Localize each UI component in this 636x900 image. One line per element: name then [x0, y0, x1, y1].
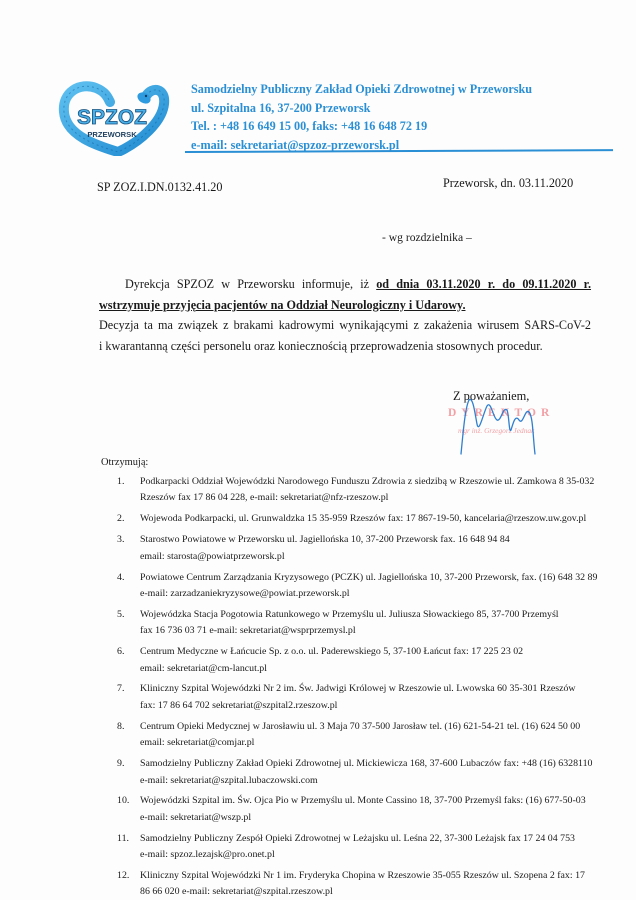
recipient-line-1: Podkarpacki Oddział Wojewódzki Narodoweg…	[140, 474, 590, 490]
reference-number: SP ZOZ.I.DN.0132.41.20	[97, 180, 223, 195]
addressee: - wg rozdzielnika –	[382, 231, 472, 244]
place-date: Przeworsk, dn. 03.11.2020	[443, 176, 573, 191]
body-intro: Dyrekcja SPZOZ w Przeworsku informuje, i…	[125, 277, 376, 291]
recipient-item: 12.Kliniczny Szpital Wojewódzki Nr 1 im.…	[120, 868, 590, 900]
body-reason-line-1: Decyzja ta ma związek z brakami kadrowym…	[99, 315, 591, 336]
recipient-item: 8.Centrum Opieki Medycznej w Jarosławiu …	[120, 719, 590, 752]
recipient-item: 10.Wojewódzki Szpital im. Św. Ojca Pio w…	[120, 793, 590, 826]
recipient-line-2: e-mail: spzoz.lezajsk@pro.onet.pl	[140, 847, 590, 863]
org-name: Samodzielny Publiczny Zakład Opieki Zdro…	[191, 80, 532, 99]
recipient-line-2: e-mail: sekretariat@wszp.pl	[140, 810, 590, 826]
recipient-line-1: Centrum Opieki Medycznej w Jarosławiu ul…	[140, 719, 590, 735]
recipient-item: 9.Samodzielny Publiczny Zakład Opieki Zd…	[120, 756, 590, 789]
recipients-label: Otrzymują:	[101, 457, 148, 468]
stamp-name: mgr inż. Grzegorz Jednak	[458, 426, 534, 435]
organization-header: Samodzielny Publiczny Zakład Opieki Zdro…	[191, 80, 532, 154]
body-line-1: Dyrekcja SPZOZ w Przeworsku informuje, i…	[99, 274, 591, 295]
recipient-number: 8.	[117, 719, 135, 735]
recipient-number: 5.	[117, 607, 135, 623]
body-line-2: wstrzymuje przyjęcia pacjentów na Oddzia…	[99, 295, 591, 316]
recipient-number: 9.	[117, 756, 135, 772]
recipient-line-2: email: sekretariat@comjar.pl	[140, 735, 590, 751]
recipient-line-2: e-mail: zarzadzaniekryzysowe@powiat.prze…	[140, 586, 590, 602]
recipients-list: 1.Podkarpacki Oddział Wojewódzki Narodow…	[120, 474, 590, 900]
recipient-line-1: Samodzielny Publiczny Zespół Opieki Zdro…	[140, 831, 590, 847]
recipient-line-2: fax 16 736 03 71 e-mail: sekretariat@wsp…	[140, 623, 590, 639]
recipient-number: 10.	[117, 793, 135, 809]
recipient-line-1: Samodzielny Publiczny Zakład Opieki Zdro…	[140, 756, 590, 772]
recipient-item: 5.Wojewódzka Stacja Pogotowia Ratunkoweg…	[120, 607, 590, 640]
svg-text:PRZEWORSK: PRZEWORSK	[87, 130, 137, 139]
closure-announcement: wstrzymuje przyjęcia pacjentów na Oddzia…	[99, 298, 466, 312]
recipient-line-1: Wojewódzki Szpital im. Św. Ojca Pio w Pr…	[140, 793, 590, 809]
recipient-number: 2.	[117, 511, 135, 527]
recipient-item: 11.Samodzielny Publiczny Zespół Opieki Z…	[120, 831, 590, 864]
org-address: ul. Szpitalna 16, 37-200 Przeworsk	[191, 99, 532, 118]
closure-dates: od dnia 03.11.2020 r. do 09.11.2020 r.	[376, 277, 591, 291]
recipient-item: 2.Wojewoda Podkarpacki, ul. Grunwaldzka …	[120, 511, 590, 527]
recipient-line-2: e-mail: sekretariat@szpital.lubaczowski.…	[140, 773, 590, 789]
recipient-item: 6.Centrum Medyczne w Łańcucie Sp. z o.o.…	[120, 644, 590, 677]
recipient-line-1: Kliniczny Szpital Wojewódzki Nr 2 im. Św…	[140, 681, 590, 697]
recipient-line-1: Starostwo Powiatowe w Przeworsku ul. Jag…	[140, 532, 590, 548]
recipient-line-2: email: starosta@powiatprzeworsk.pl	[140, 549, 590, 565]
recipient-item: 7.Kliniczny Szpital Wojewódzki Nr 2 im. …	[120, 681, 590, 714]
letter-body: Dyrekcja SPZOZ w Przeworsku informuje, i…	[99, 274, 591, 356]
org-phone: Tel. : +48 16 649 15 00, faks: +48 16 64…	[191, 117, 532, 136]
recipient-line-1: Centrum Medyczne w Łańcucie Sp. z o.o. u…	[140, 644, 590, 660]
recipient-line-1: Wojewoda Podkarpacki, ul. Grunwaldzka 15…	[140, 511, 590, 527]
recipient-number: 4.	[117, 570, 135, 586]
recipient-line-1: Kliniczny Szpital Wojewódzki Nr 1 im. Fr…	[140, 868, 590, 884]
serpent-heart-logo-icon: SPZOZ PRZEWORSK	[58, 76, 170, 156]
recipient-number: 11.	[117, 831, 135, 847]
stamp-title: DYREKTOR	[448, 407, 554, 419]
recipient-number: 3.	[117, 532, 135, 548]
recipient-number: 1.	[117, 474, 135, 490]
closing-salutation: Z poważaniem,	[453, 389, 529, 404]
recipient-line-1: Powiatowe Centrum Zarządzania Kryzysoweg…	[140, 570, 590, 586]
spzoz-logo: SPZOZ PRZEWORSK	[58, 76, 170, 156]
recipient-number: 7.	[117, 681, 135, 697]
recipient-line-2: Rzeszów fax 17 86 04 228, e-mail: sekret…	[140, 490, 590, 506]
recipient-line-1: Wojewódzka Stacja Pogotowia Ratunkowego …	[140, 607, 590, 623]
recipient-line-2: fax: 17 86 64 702 sekretariat@szpital2.r…	[140, 698, 590, 714]
recipient-item: 4.Powiatowe Centrum Zarządzania Kryzysow…	[120, 570, 590, 603]
recipient-item: 3.Starostwo Powiatowe w Przeworsku ul. J…	[120, 532, 590, 565]
recipient-number: 6.	[117, 644, 135, 660]
body-reason-line-2: i kwarantanną części personelu oraz koni…	[99, 336, 591, 357]
svg-text:SPZOZ: SPZOZ	[77, 106, 147, 129]
recipient-line-2: email: sekretariat@cm-lancut.pl	[140, 661, 590, 677]
recipient-item: 1.Podkarpacki Oddział Wojewódzki Narodow…	[120, 474, 590, 507]
letter-page: SPZOZ PRZEWORSK Samodzielny Publiczny Za…	[0, 0, 636, 900]
recipient-number: 12.	[117, 868, 135, 884]
recipient-line-2: 86 66 020 e-mail: sekretariat@szpital.rz…	[140, 884, 590, 900]
